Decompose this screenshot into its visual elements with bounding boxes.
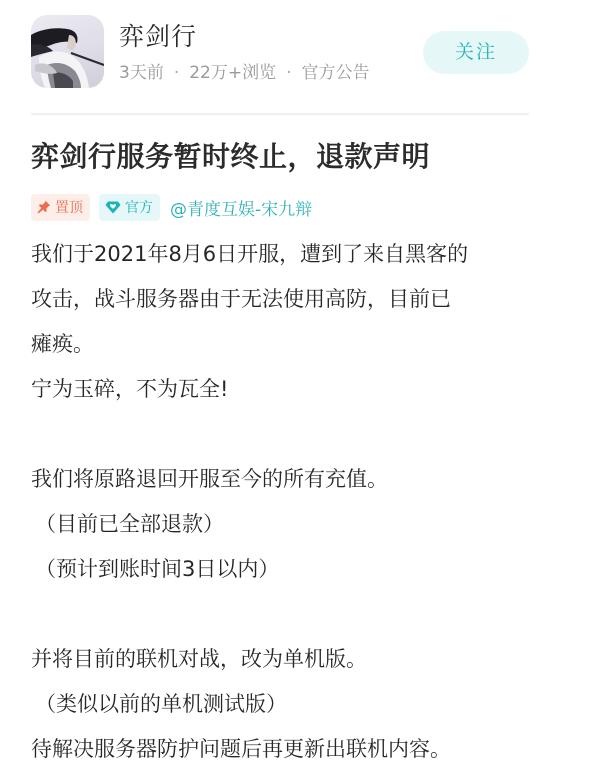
header-divider bbox=[31, 113, 529, 115]
body-line: （预计到账时间3日以内） bbox=[31, 547, 551, 592]
post-body: 我们于2021年8月6日开服，遭到了来自黑客的 攻击，战斗服务器由于无法使用高防… bbox=[31, 232, 551, 772]
body-line: （目前已全部退款） bbox=[31, 502, 551, 547]
follow-button[interactable]: 关注 bbox=[423, 31, 529, 74]
body-line: 并将目前的联机对战，改为单机版。 bbox=[31, 637, 551, 682]
author-mention-link[interactable]: @青度互娱-宋九辩 bbox=[170, 195, 312, 220]
pinned-label: 置顶 bbox=[55, 197, 83, 217]
meta-separator: · bbox=[174, 61, 179, 85]
body-line: 攻击，战斗服务器由于无法使用高防，目前已 bbox=[31, 277, 551, 322]
body-line: 宁为玉碎，不为瓦全! bbox=[31, 367, 551, 412]
body-line: 我们将原路退回开服至今的所有充值。 bbox=[31, 457, 551, 502]
account-name[interactable]: 弈剑行 bbox=[119, 20, 197, 54]
body-line: 瘫痪。 bbox=[31, 322, 551, 367]
post-category: 官方公告 bbox=[302, 61, 370, 85]
body-line: （类似以前的单机测试版） bbox=[31, 682, 551, 727]
diamond-heart-icon bbox=[105, 201, 121, 214]
body-line: 待解决服务器防护问题后再更新出联机内容。 bbox=[31, 727, 551, 772]
body-blank-line bbox=[31, 592, 551, 637]
pinned-badge: 置顶 bbox=[31, 194, 90, 221]
post-title: 弈剑行服务暂时终止，退款声明 bbox=[31, 137, 430, 177]
post-meta: 3天前 · 22万+浏览 · 官方公告 bbox=[119, 61, 370, 85]
view-count: 22万+浏览 bbox=[189, 61, 276, 85]
official-badge: 官方 bbox=[99, 194, 160, 221]
post-header: 弈剑行 3天前 · 22万+浏览 · 官方公告 关注 bbox=[0, 0, 591, 112]
pin-icon bbox=[37, 200, 51, 214]
post-time: 3天前 bbox=[119, 61, 164, 85]
meta-separator: · bbox=[286, 61, 291, 85]
avatar[interactable] bbox=[31, 15, 104, 88]
post-tags: 置顶 官方 @青度互娱-宋九辩 bbox=[31, 193, 312, 221]
body-line: 我们于2021年8月6日开服，遭到了来自黑客的 bbox=[31, 232, 551, 277]
body-blank-line bbox=[31, 412, 551, 457]
official-label: 官方 bbox=[125, 197, 153, 217]
swordsman-illustration-icon bbox=[31, 15, 104, 88]
